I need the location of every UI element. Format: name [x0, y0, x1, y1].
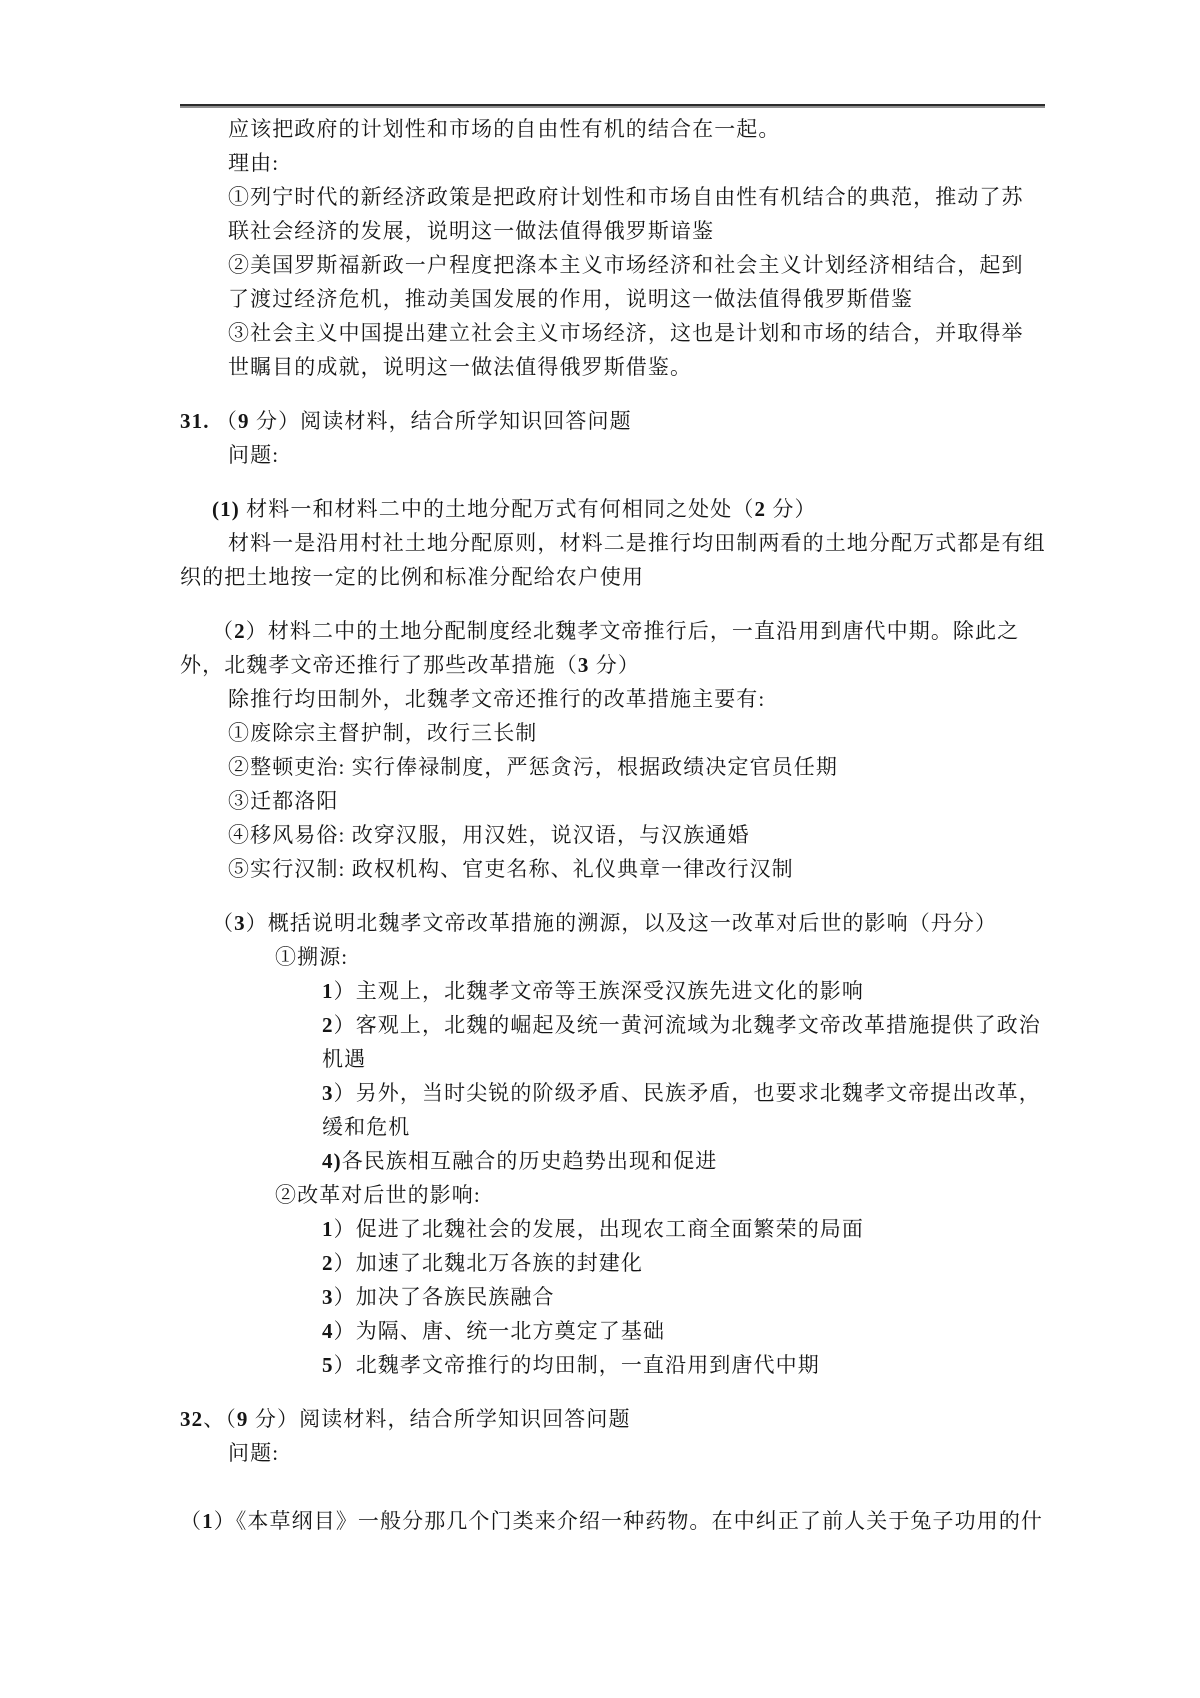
- text-run: ②整顿吏治: 实行俸禄制度，严惩贪污，根据政绩决定官员任期: [228, 755, 838, 779]
- text-line: （3）概括说明北魏孝文帝改革措施的溯源，以及这一改革对后世的影响（丹分）: [180, 906, 1080, 940]
- text-run-bold: 3: [322, 1285, 334, 1309]
- text-run: ）加决了各族民族融合: [334, 1285, 555, 1309]
- text-line: ②美国罗斯福新政一户程度把涤本主义市场经济和社会主义计划经济相结合，起到: [180, 248, 1080, 282]
- text-run-bold: (1): [212, 497, 240, 521]
- text-line: 1）主观上，北魏孝文帝等王族深受汉族先进文化的影响: [180, 974, 1080, 1008]
- text-line: （2）材料二中的土地分配制度经北魏孝文帝推行后，一直沿用到唐代中期。除此之: [180, 614, 1080, 648]
- text-line: 1）促进了北魏社会的发展，出现农工商全面繁荣的局面: [180, 1212, 1080, 1246]
- text-run-bold: 3: [234, 911, 246, 935]
- document-page: 应该把政府的计划性和市场的自由性有机的结合在一起。理由:①列宁时代的新经济政策是…: [0, 0, 1200, 1698]
- text-run-bold: 9: [238, 409, 250, 433]
- text-run: 联社会经济的发展，说明这一做法值得俄罗斯谙鉴: [228, 219, 714, 243]
- text-line: 2）加速了北魏北万各族的封建化: [180, 1246, 1080, 1280]
- text-line: 2）客观上，北魏的崛起及统一黄河流域为北魏孝文帝改革措施提供了政治: [180, 1008, 1080, 1042]
- text-run: ④移风易俗: 改穿汉服，用汉姓，说汉语，与汉族通婚: [228, 823, 750, 847]
- text-run: ①列宁时代的新经济政策是把政府计划性和市场自由性有机结合的典范，推动了苏: [228, 185, 1024, 209]
- text-line: 机遇: [180, 1042, 1080, 1076]
- text-run-bold: 2: [322, 1251, 334, 1275]
- text-run: ②美国罗斯福新政一户程度把涤本主义市场经济和社会主义计划经济相结合，起到: [228, 253, 1024, 277]
- text-run: ②改革对后世的影响:: [275, 1183, 481, 1207]
- text-line: ②整顿吏治: 实行俸禄制度，严惩贪污，根据政绩决定官员任期: [180, 750, 1080, 784]
- text-line: 织的把土地按一定的比例和标准分配给农户使用: [180, 560, 1080, 594]
- text-line: 缓和危机: [180, 1110, 1080, 1144]
- text-run: 材料一和材料二中的土地分配万式有何相同之处处（: [240, 497, 755, 521]
- text-run-bold: 5: [322, 1353, 334, 1377]
- text-run: 各民族相互融合的历史趋势出现和促进: [342, 1149, 718, 1173]
- text-line: ①废除宗主督护制，改行三长制: [180, 716, 1080, 750]
- text-run-bold: 1: [202, 1509, 214, 1533]
- text-run-bold: 3: [578, 653, 590, 677]
- text-run: 机遇: [322, 1047, 366, 1071]
- text-line: ③迁都洛阳: [180, 784, 1080, 818]
- text-run-bold: 32: [180, 1407, 203, 1431]
- text-run: 分）: [589, 653, 640, 677]
- text-run: ）概括说明北魏孝文帝改革措施的溯源，以及这一改革对后世的影响（丹分）: [246, 911, 997, 935]
- text-line: ③社会主义中国提出建立社会主义市场经济，这也是计划和市场的结合，并取得举: [180, 316, 1080, 350]
- text-line: ④移风易俗: 改穿汉服，用汉姓，说汉语，与汉族通婚: [180, 818, 1080, 852]
- text-run: 外，北魏孝文帝还推行了那些改革措施（: [180, 653, 578, 677]
- text-line: 材料一是沿用村社土地分配原则，材料二是推行均田制两看的土地分配万式都是有组: [180, 526, 1080, 560]
- text-run: ①搠源:: [275, 945, 348, 969]
- text-run: 了渡过经济危机，推动美国发展的作用，说明这一做法值得俄罗斯借鉴: [228, 287, 913, 311]
- text-run: 理由:: [228, 151, 279, 175]
- text-line: 问题:: [180, 438, 1080, 472]
- text-run-bold: 4): [322, 1149, 342, 1173]
- text-run-bold: 2: [322, 1013, 334, 1037]
- text-line: ②改革对后世的影响:: [180, 1178, 1080, 1212]
- text-run: ）另外，当时尖锐的阶级矛盾、民族矛盾，也要求北魏孝文帝提出改革，: [334, 1081, 1041, 1105]
- text-run-bold: 31.: [180, 409, 210, 433]
- text-line: 4)各民族相互融合的历史趋势出现和促进: [180, 1144, 1080, 1178]
- text-run-bold: 1: [322, 979, 334, 1003]
- text-run: （: [210, 409, 238, 433]
- text-line: (1) 材料一和材料二中的土地分配万式有何相同之处处（2 分）: [180, 492, 1080, 526]
- text-run-bold: 2: [754, 497, 766, 521]
- text-run: ）北魏孝文帝推行的均田制，一直沿用到唐代中期: [334, 1353, 820, 1377]
- text-run: ）为隔、唐、统一北方奠定了基础: [334, 1319, 666, 1343]
- text-run-bold: 2: [234, 619, 246, 643]
- text-line: 联社会经济的发展，说明这一做法值得俄罗斯谙鉴: [180, 214, 1080, 248]
- text-run: ③社会主义中国提出建立社会主义市场经济，这也是计划和市场的结合，并取得举: [228, 321, 1024, 345]
- text-line: 外，北魏孝文帝还推行了那些改革措施（3 分）: [180, 648, 1080, 682]
- text-line: ⑤实行汉制: 政权机构、官吏名称、礼仪典章一律改行汉制: [180, 852, 1080, 886]
- text-run: 世瞩目的成就，说明这一做法值得俄罗斯借鉴。: [228, 355, 692, 379]
- text-line: 世瞩目的成就，说明这一做法值得俄罗斯借鉴。: [180, 350, 1080, 384]
- text-line: 31. （9 分）阅读材料，结合所学知识回答问题: [180, 404, 1080, 438]
- text-run: ①废除宗主督护制，改行三长制: [228, 721, 537, 745]
- header-divider-rule: [180, 104, 1045, 108]
- text-run: （: [212, 911, 234, 935]
- text-run: 材料一是沿用村社土地分配原则，材料二是推行均田制两看的土地分配万式都是有组: [228, 531, 1046, 555]
- text-run: 应该把政府的计划性和市场的自由性有机的结合在一起。: [228, 117, 781, 141]
- text-run: ）《本草纲目》一般分那几个门类来介绍一种药物。在中纠正了前人关于兔子功用的什: [214, 1509, 1043, 1533]
- text-run: ）主观上，北魏孝文帝等王族深受汉族先进文化的影响: [334, 979, 864, 1003]
- text-run-bold: 3: [322, 1081, 334, 1105]
- document-content: 应该把政府的计划性和市场的自由性有机的结合在一起。理由:①列宁时代的新经济政策是…: [180, 112, 1080, 1538]
- text-line: （1）《本草纲目》一般分那几个门类来介绍一种药物。在中纠正了前人关于兔子功用的什: [180, 1504, 1080, 1538]
- text-run: 分）阅读材料，结合所学知识回答问题: [249, 1407, 631, 1431]
- text-line: 5）北魏孝文帝推行的均田制，一直沿用到唐代中期: [180, 1348, 1080, 1382]
- text-run: 问题:: [228, 443, 279, 467]
- text-line: 理由:: [180, 146, 1080, 180]
- text-run: ）加速了北魏北万各族的封建化: [334, 1251, 643, 1275]
- text-run: 织的把土地按一定的比例和标准分配给农户使用: [180, 565, 644, 589]
- text-run: （: [212, 619, 234, 643]
- text-run: 缓和危机: [322, 1115, 410, 1139]
- text-run: ）材料二中的土地分配制度经北魏孝文帝推行后，一直沿用到唐代中期。除此之: [246, 619, 1020, 643]
- text-run-bold: 9: [237, 1407, 249, 1431]
- text-run: 除推行均田制外，北魏孝文帝还推行的改革措施主要有:: [228, 687, 765, 711]
- text-line: 3）加决了各族民族融合: [180, 1280, 1080, 1314]
- text-run: ③迁都洛阳: [228, 789, 339, 813]
- text-line: ①列宁时代的新经济政策是把政府计划性和市场自由性有机结合的典范，推动了苏: [180, 180, 1080, 214]
- text-line: 3）另外，当时尖锐的阶级矛盾、民族矛盾，也要求北魏孝文帝提出改革，: [180, 1076, 1080, 1110]
- text-run: ⑤实行汉制: 政权机构、官吏名称、礼仪典章一律改行汉制: [228, 857, 794, 881]
- text-run-bold: 4: [322, 1319, 334, 1343]
- text-run-bold: 1: [322, 1217, 334, 1241]
- text-line: 除推行均田制外，北魏孝文帝还推行的改革措施主要有:: [180, 682, 1080, 716]
- text-run: ）促进了北魏社会的发展，出现农工商全面繁荣的局面: [334, 1217, 864, 1241]
- text-line: ①搠源:: [180, 940, 1080, 974]
- text-run: （: [180, 1509, 202, 1533]
- text-line: 4）为隔、唐、统一北方奠定了基础: [180, 1314, 1080, 1348]
- text-line: 问题:: [180, 1436, 1080, 1470]
- text-run: 、（: [203, 1407, 237, 1431]
- text-line: 了渡过经济危机，推动美国发展的作用，说明这一做法值得俄罗斯借鉴: [180, 282, 1080, 316]
- text-run: 分）阅读材料，结合所学知识回答问题: [250, 409, 632, 433]
- text-run: 问题:: [228, 1441, 279, 1465]
- text-run: 分）: [766, 497, 817, 521]
- text-line: 32、（9 分）阅读材料，结合所学知识回答问题: [180, 1402, 1080, 1436]
- text-line: 应该把政府的计划性和市场的自由性有机的结合在一起。: [180, 112, 1080, 146]
- text-run: ）客观上，北魏的崛起及统一黄河流域为北魏孝文帝改革措施提供了政治: [334, 1013, 1041, 1037]
